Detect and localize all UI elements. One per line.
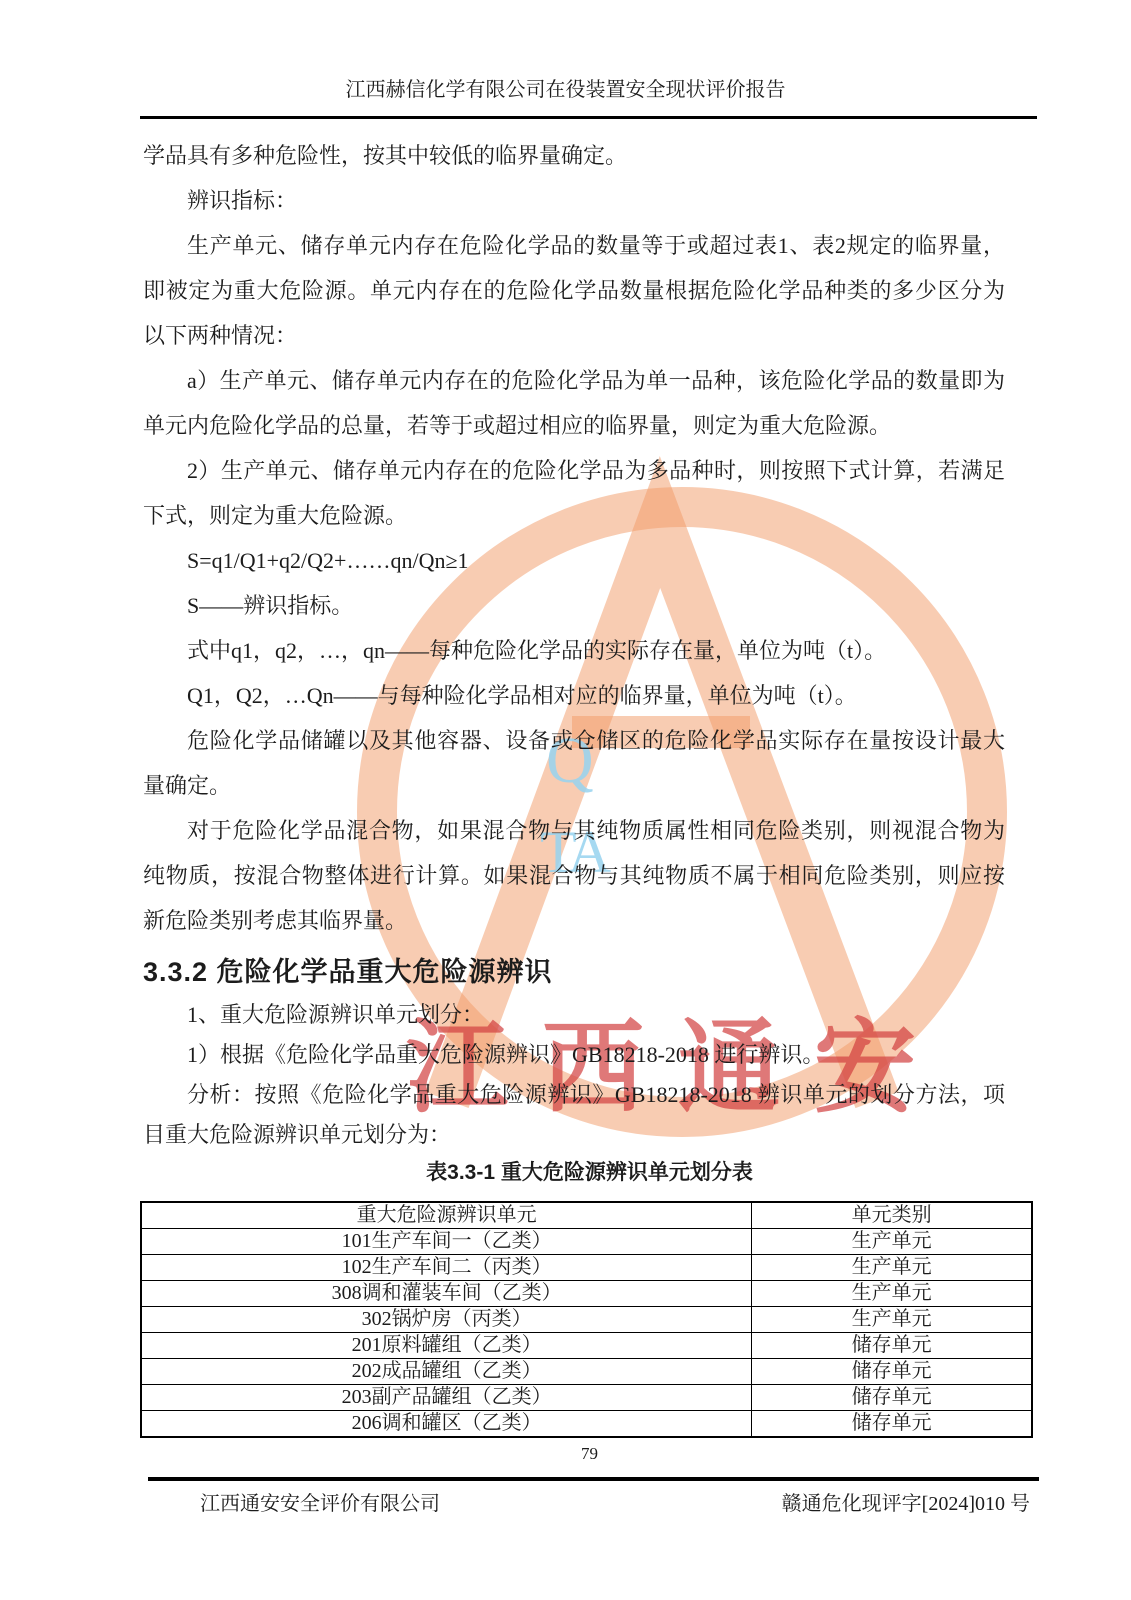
table-cell: 101生产车间一（乙类） — [141, 1229, 752, 1255]
formula-line: S=q1/Q1+q2/Q2+……qn/Qn≥1 — [143, 538, 1005, 583]
header-rule — [140, 116, 1037, 119]
body-line: 危险化学品储罐以及其他容器、设备或仓储区的危险化学品实际存在量按设计最大 — [143, 718, 1005, 763]
body-line: 以下两种情况： — [143, 313, 1005, 358]
footer-company-name: 江西通安安全评价有限公司 — [200, 1491, 440, 1517]
table-cell: 生产单元 — [752, 1307, 1032, 1333]
table-row: 302锅炉房（丙类） 生产单元 — [141, 1307, 1032, 1333]
table-row: 101生产车间一（乙类） 生产单元 — [141, 1229, 1032, 1255]
table-cell: 203副产品罐组（乙类） — [141, 1385, 752, 1411]
table-caption: 表3.3-1 重大危险源辨识单元划分表 — [143, 1157, 1036, 1189]
body-line: 新危险类别考虑其临界量。 — [143, 898, 1005, 943]
body-line: 学品具有多种危险性，按其中较低的临界量确定。 — [143, 133, 1005, 178]
table-row: 206调和罐区（乙类） 储存单元 — [141, 1411, 1032, 1438]
body-line: 式中q1，q2，…，qn——每种危险化学品的实际存在量，单位为吨（t）。 — [143, 628, 1005, 673]
table-cell: 206调和罐区（乙类） — [141, 1411, 752, 1438]
table-cell: 生产单元 — [752, 1229, 1032, 1255]
table-header-cell: 单元类别 — [752, 1202, 1032, 1229]
table-row: 202成品罐组（乙类） 储存单元 — [141, 1359, 1032, 1385]
body-line: 辨识指标： — [143, 178, 1005, 223]
body-line: 1）根据《危险化学品重大危险源辨识》GB18218-2018 进行辨识。 — [143, 1035, 1005, 1075]
table-cell: 储存单元 — [752, 1385, 1032, 1411]
document-page: Q TA 江西通安 江西赫信化学有限公司在役装置安全现状评价报告 学品具有多种危… — [0, 0, 1131, 1600]
body-line: a）生产单元、储存单元内存在的危险化学品为单一品种，该危险化学品的数量即为 — [143, 358, 1005, 403]
report-header-title: 江西赫信化学有限公司在役装置安全现状评价报告 — [0, 0, 1131, 104]
body-line: Q1，Q2，…Qn——与每种险化学品相对应的临界量，单位为吨（t）。 — [143, 673, 1005, 718]
hazard-unit-table: 重大危险源辨识单元 单元类别 101生产车间一（乙类） 生产单元 102生产车间… — [140, 1201, 1033, 1438]
page-content: 江西赫信化学有限公司在役装置安全现状评价报告 学品具有多种危险性，按其中较低的临… — [0, 0, 1131, 1517]
table-cell: 308调和灌装车间（乙类） — [141, 1281, 752, 1307]
page-number: 79 — [143, 1443, 1036, 1465]
body-line: 2）生产单元、储存单元内存在的危险化学品为多品种时，则按照下式计算，若满足 — [143, 448, 1005, 493]
body-line: 量确定。 — [143, 763, 1005, 808]
table-cell: 生产单元 — [752, 1281, 1032, 1307]
table-cell: 储存单元 — [752, 1359, 1032, 1385]
table-cell: 生产单元 — [752, 1255, 1032, 1281]
body-line: S——辨识指标。 — [143, 583, 1005, 628]
footer-doc-number: 赣通危化现评字[2024]010 号 — [782, 1491, 1030, 1517]
table-row: 102生产车间二（丙类） 生产单元 — [141, 1255, 1032, 1281]
body-line: 目重大危险源辨识单元划分为： — [143, 1115, 1005, 1155]
body-line: 生产单元、储存单元内存在危险化学品的数量等于或超过表1、表2规定的临界量， — [143, 223, 1005, 268]
body-line: 纯物质，按混合物整体进行计算。如果混合物与其纯物质不属于相同危险类别，则应按 — [143, 853, 1005, 898]
body-text-block: 学品具有多种危险性，按其中较低的临界量确定。 辨识指标： 生产单元、储存单元内存… — [143, 133, 1005, 1465]
table-cell: 储存单元 — [752, 1411, 1032, 1438]
footer: 江西通安安全评价有限公司 赣通危化现评字[2024]010 号 — [200, 1491, 1030, 1517]
table-cell: 102生产车间二（丙类） — [141, 1255, 752, 1281]
body-line: 即被定为重大危险源。单元内存在的危险化学品数量根据危险化学品种类的多少区分为 — [143, 268, 1005, 313]
table-cell: 202成品罐组（乙类） — [141, 1359, 752, 1385]
body-line: 1、重大危险源辨识单元划分： — [143, 995, 1005, 1035]
section-heading-3-3-2: 3.3.2 危险化学品重大危险源辨识 — [143, 949, 1005, 995]
table-header-row: 重大危险源辨识单元 单元类别 — [141, 1202, 1032, 1229]
table-row: 308调和灌装车间（乙类） 生产单元 — [141, 1281, 1032, 1307]
table-cell: 302锅炉房（丙类） — [141, 1307, 752, 1333]
table-header-cell: 重大危险源辨识单元 — [141, 1202, 752, 1229]
body-line: 对于危险化学品混合物，如果混合物与其纯物质属性相同危险类别，则视混合物为 — [143, 808, 1005, 853]
body-line: 下式，则定为重大危险源。 — [143, 493, 1005, 538]
footer-rule — [148, 1477, 1039, 1481]
table-row: 203副产品罐组（乙类） 储存单元 — [141, 1385, 1032, 1411]
table-cell: 201原料罐组（乙类） — [141, 1333, 752, 1359]
table-cell: 储存单元 — [752, 1333, 1032, 1359]
body-line: 单元内危险化学品的总量，若等于或超过相应的临界量，则定为重大危险源。 — [143, 403, 1005, 448]
table-row: 201原料罐组（乙类） 储存单元 — [141, 1333, 1032, 1359]
body-line: 分析：按照《危险化学品重大危险源辨识》GB18218-2018 辨识单元的划分方… — [143, 1075, 1005, 1115]
